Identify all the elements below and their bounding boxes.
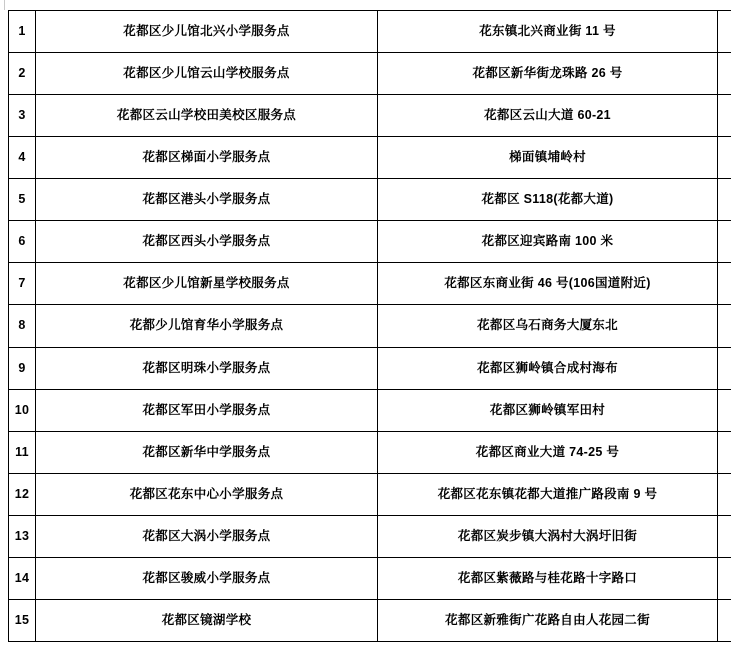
address-cell: 花都区狮岭镇军田村 xyxy=(378,389,718,431)
address-cell: 花都区云山大道 60-21 xyxy=(378,95,718,137)
address-cell: 花都区狮岭镇合成村海布 xyxy=(378,347,718,389)
row-number-cell: 13 xyxy=(9,515,36,557)
table-row: 14 花都区骏威小学服务点 花都区紫薇路与桂花路十字路口 xyxy=(9,557,731,599)
address-cell: 花都区乌石商务大厦东北 xyxy=(378,305,718,347)
document-page: 1 花都区少儿馆北兴小学服务点 花东镇北兴商业街 11 号 2 花都区少儿馆云山… xyxy=(0,0,731,652)
table-row: 3 花都区云山学校田美校区服务点 花都区云山大道 60-21 xyxy=(9,95,731,137)
service-point-name-cell: 花都区镜湖学校 xyxy=(36,599,378,641)
service-point-name-cell: 花都区少儿馆北兴小学服务点 xyxy=(36,11,378,53)
table-row: 2 花都区少儿馆云山学校服务点 花都区新华街龙珠路 26 号 xyxy=(9,53,731,95)
cutoff-column-cell xyxy=(718,305,731,347)
table-row: 9 花都区明珠小学服务点 花都区狮岭镇合成村海布 xyxy=(9,347,731,389)
table-row: 8 花都少儿馆育华小学服务点 花都区乌石商务大厦东北 xyxy=(9,305,731,347)
service-point-name-cell: 花都区少儿馆新星学校服务点 xyxy=(36,263,378,305)
address-cell: 花都区东商业街 46 号(106国道附近) xyxy=(378,263,718,305)
table-row: 4 花都区梯面小学服务点 梯面镇埔岭村 xyxy=(9,137,731,179)
row-number-cell: 3 xyxy=(9,95,36,137)
cutoff-column-cell xyxy=(718,599,731,641)
row-number-cell: 6 xyxy=(9,221,36,263)
cutoff-column-cell xyxy=(718,53,731,95)
service-point-name-cell: 花都区港头小学服务点 xyxy=(36,179,378,221)
gridline-remnant xyxy=(4,0,5,10)
row-number-cell: 15 xyxy=(9,599,36,641)
cutoff-column-cell xyxy=(718,473,731,515)
address-cell: 梯面镇埔岭村 xyxy=(378,137,718,179)
service-point-name-cell: 花都区少儿馆云山学校服务点 xyxy=(36,53,378,95)
cutoff-column-cell xyxy=(718,137,731,179)
cutoff-column-cell xyxy=(718,389,731,431)
service-point-name-cell: 花都区新华中学服务点 xyxy=(36,431,378,473)
row-number-cell: 14 xyxy=(9,557,36,599)
table-row: 6 花都区西头小学服务点 花都区迎宾路南 100 米 xyxy=(9,221,731,263)
cutoff-column-cell xyxy=(718,263,731,305)
address-cell: 花都区新华街龙珠路 26 号 xyxy=(378,53,718,95)
table-row: 10 花都区军田小学服务点 花都区狮岭镇军田村 xyxy=(9,389,731,431)
row-number-cell: 9 xyxy=(9,347,36,389)
cutoff-column-cell xyxy=(718,179,731,221)
address-cell: 花都区紫薇路与桂花路十字路口 xyxy=(378,557,718,599)
cutoff-column-cell xyxy=(718,515,731,557)
table-row: 13 花都区大涡小学服务点 花都区炭步镇大涡村大涡圩旧街 xyxy=(9,515,731,557)
service-point-name-cell: 花都区明珠小学服务点 xyxy=(36,347,378,389)
row-number-cell: 5 xyxy=(9,179,36,221)
table-row: 12 花都区花东中心小学服务点 花都区花东镇花都大道推广路段南 9 号 xyxy=(9,473,731,515)
row-number-cell: 2 xyxy=(9,53,36,95)
address-cell: 花都区商业大道 74-25 号 xyxy=(378,431,718,473)
cutoff-column-cell xyxy=(718,347,731,389)
row-number-cell: 7 xyxy=(9,263,36,305)
service-point-name-cell: 花都区梯面小学服务点 xyxy=(36,137,378,179)
table-row: 1 花都区少儿馆北兴小学服务点 花东镇北兴商业街 11 号 xyxy=(9,11,731,53)
address-cell: 花都区迎宾路南 100 米 xyxy=(378,221,718,263)
address-cell: 花都区花东镇花都大道推广路段南 9 号 xyxy=(378,473,718,515)
table-row: 15 花都区镜湖学校 花都区新雅街广花路自由人花园二街 xyxy=(9,599,731,641)
cutoff-column-cell xyxy=(718,11,731,53)
service-point-name-cell: 花都区骏威小学服务点 xyxy=(36,557,378,599)
table-row: 7 花都区少儿馆新星学校服务点 花都区东商业街 46 号(106国道附近) xyxy=(9,263,731,305)
service-point-name-cell: 花都区云山学校田美校区服务点 xyxy=(36,95,378,137)
service-point-name-cell: 花都区花东中心小学服务点 xyxy=(36,473,378,515)
address-cell: 花都区 S118(花都大道) xyxy=(378,179,718,221)
row-number-cell: 11 xyxy=(9,431,36,473)
service-point-name-cell: 花都区西头小学服务点 xyxy=(36,221,378,263)
service-point-name-cell: 花都少儿馆育华小学服务点 xyxy=(36,305,378,347)
service-point-name-cell: 花都区大涡小学服务点 xyxy=(36,515,378,557)
address-cell: 花东镇北兴商业街 11 号 xyxy=(378,11,718,53)
row-number-cell: 4 xyxy=(9,137,36,179)
service-points-table: 1 花都区少儿馆北兴小学服务点 花东镇北兴商业街 11 号 2 花都区少儿馆云山… xyxy=(8,10,731,642)
row-number-cell: 10 xyxy=(9,389,36,431)
cutoff-column-cell xyxy=(718,431,731,473)
cutoff-column-cell xyxy=(718,95,731,137)
row-number-cell: 1 xyxy=(9,11,36,53)
cutoff-column-cell xyxy=(718,557,731,599)
table-row: 5 花都区港头小学服务点 花都区 S118(花都大道) xyxy=(9,179,731,221)
service-point-name-cell: 花都区军田小学服务点 xyxy=(36,389,378,431)
address-cell: 花都区新雅街广花路自由人花园二街 xyxy=(378,599,718,641)
row-number-cell: 8 xyxy=(9,305,36,347)
table-row: 11 花都区新华中学服务点 花都区商业大道 74-25 号 xyxy=(9,431,731,473)
address-cell: 花都区炭步镇大涡村大涡圩旧街 xyxy=(378,515,718,557)
cutoff-column-cell xyxy=(718,221,731,263)
row-number-cell: 12 xyxy=(9,473,36,515)
